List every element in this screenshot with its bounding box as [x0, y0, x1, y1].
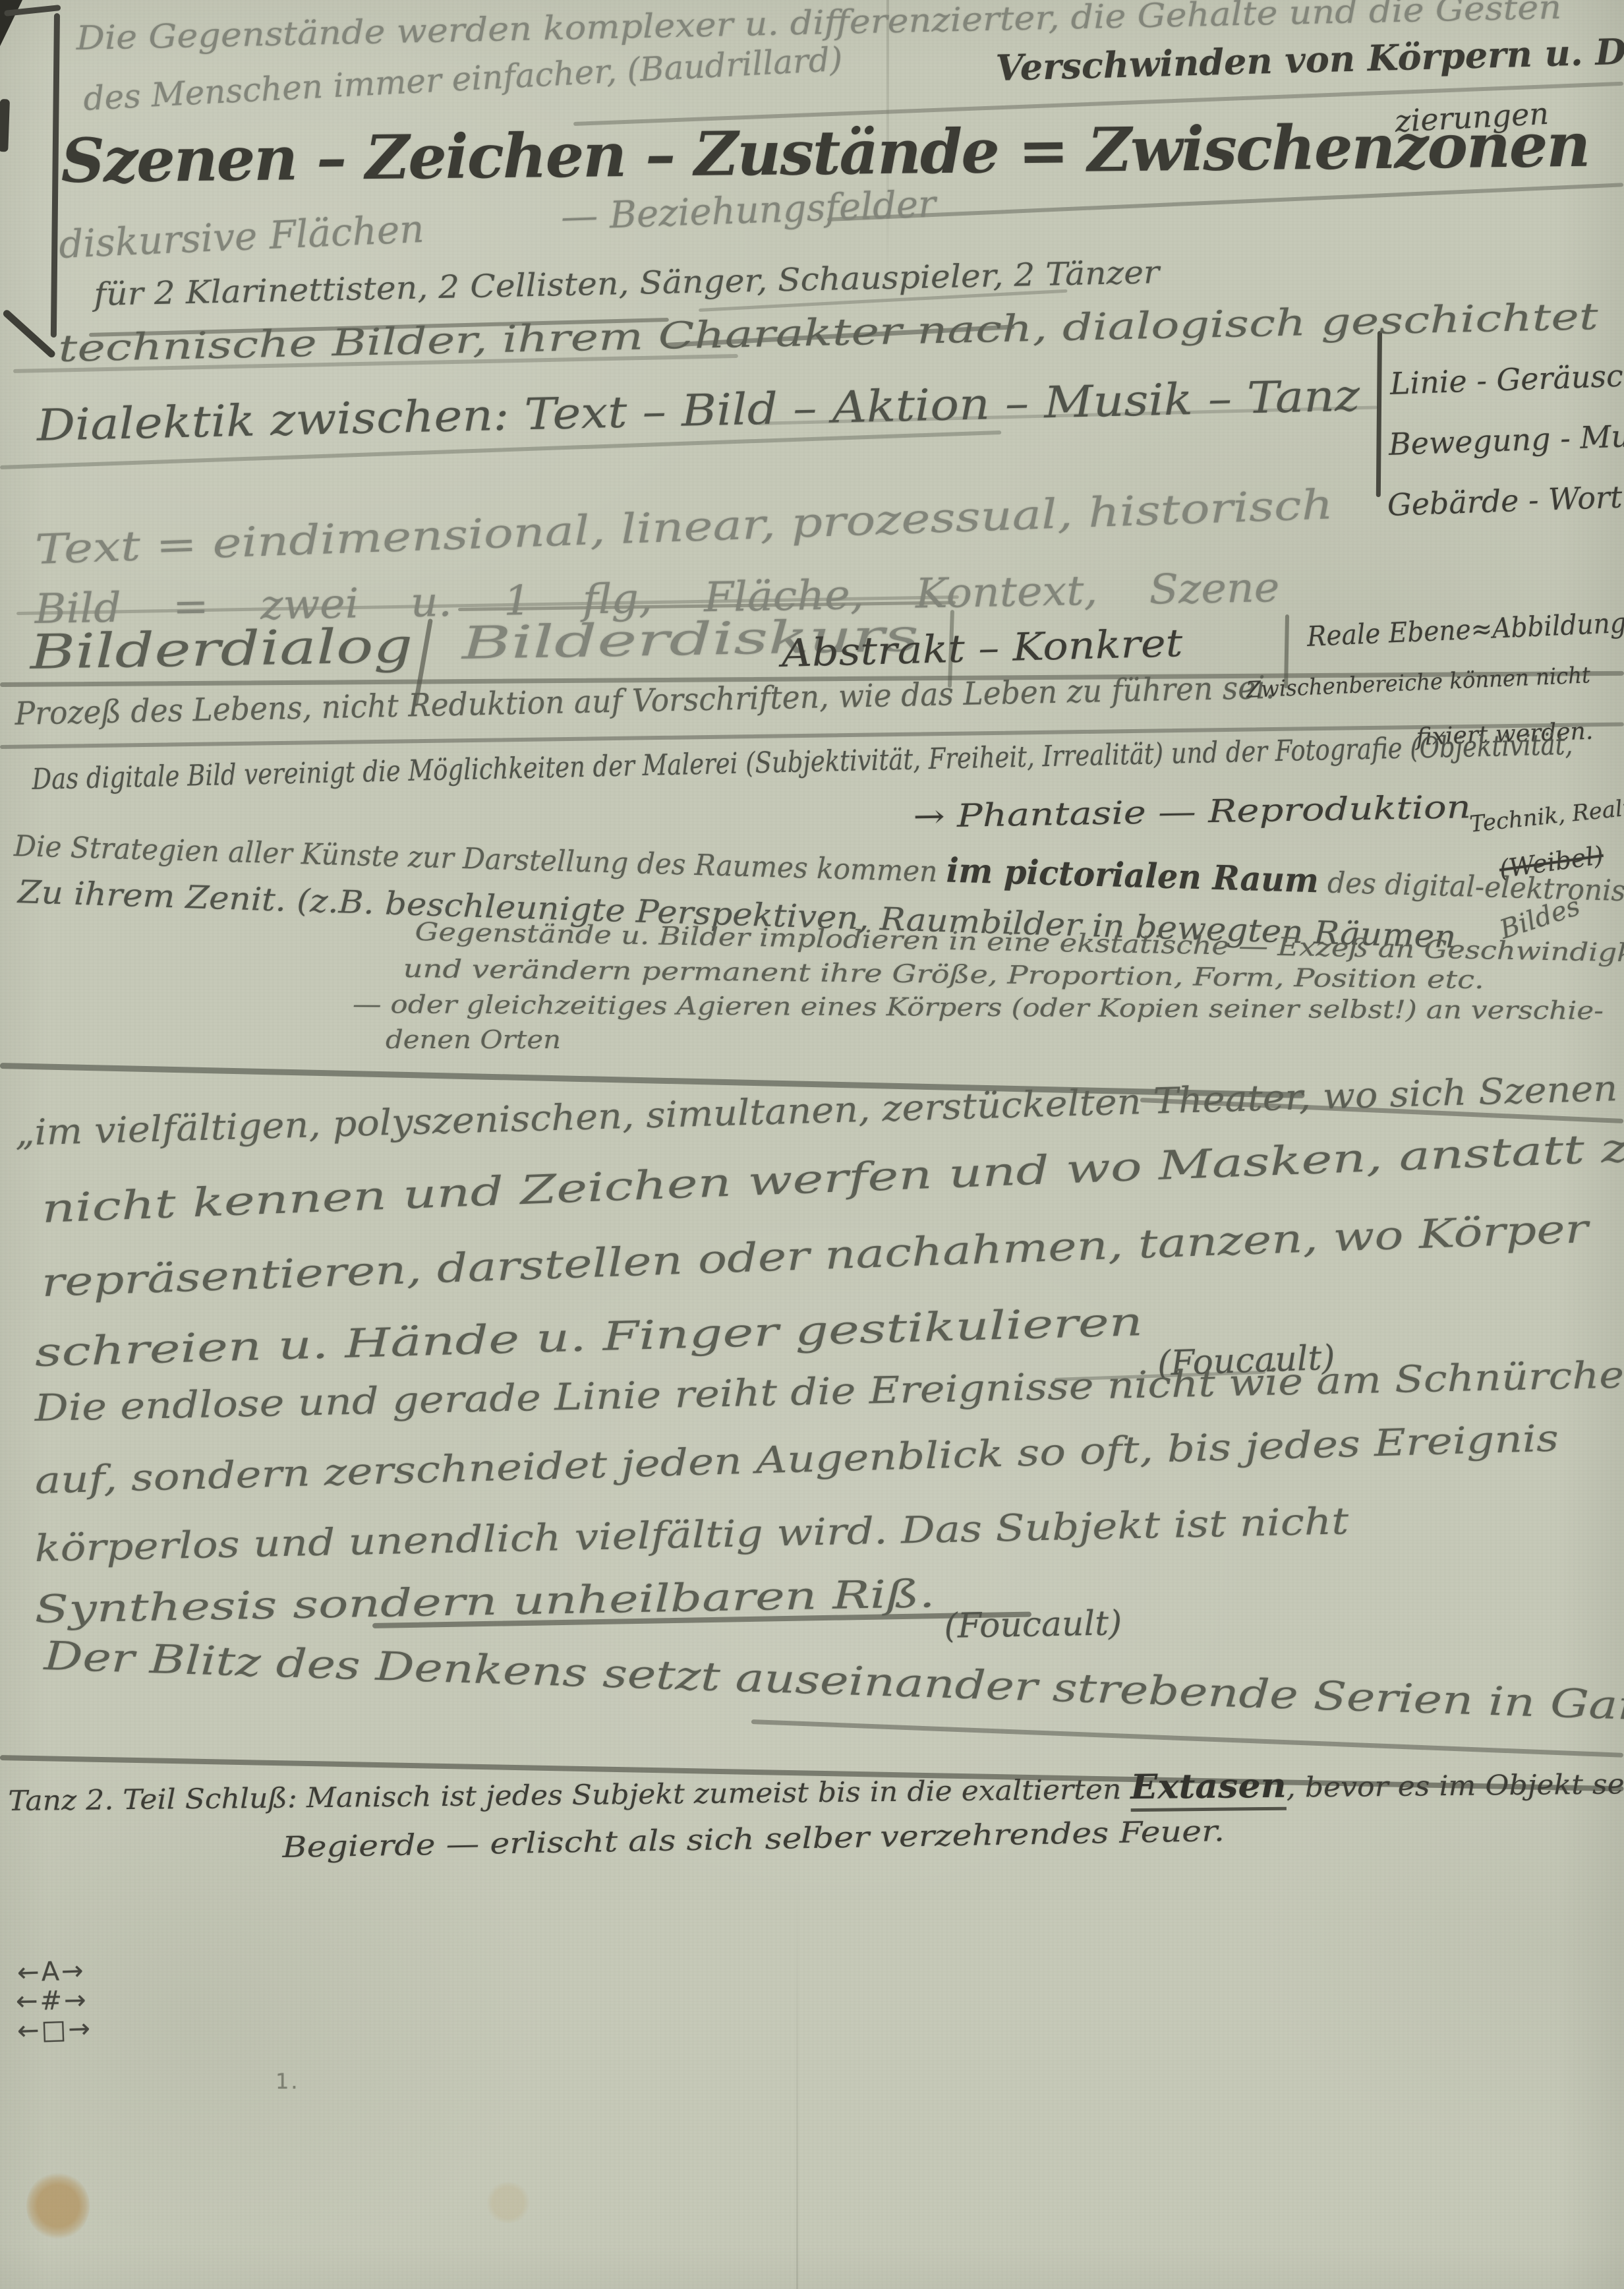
paper-crease-bottom	[796, 1872, 798, 2289]
lightning-line: Der Blitz des Denkens setzt auseinander …	[43, 1634, 1624, 1731]
pair-gebaerde-wort: Gebärde - Wort	[1387, 480, 1623, 523]
column-divider	[1376, 331, 1382, 497]
pair-linie-geraeusch: Linie - Geräusch	[1389, 358, 1624, 401]
dance-line-1-post: , bevor es im Objekt seiner	[1286, 1767, 1624, 1803]
arrow-symbol-2: ←#→	[16, 1985, 88, 2017]
process-note-1: Zwischenbereiche können nicht	[1246, 663, 1591, 703]
line-quote-line-2: auf, sondern zerschneidet jeden Augenbli…	[34, 1417, 1559, 1502]
line-quote-line-3: körperlos und unendlich vielfältig wird.…	[34, 1501, 1349, 1570]
coffee-stain	[26, 2172, 90, 2240]
phantasie-reproduktion-line: → Phantasie — Reproduktion	[913, 789, 1471, 835]
theater-quote-line-4: schreien u. Hände u. Finger gestikuliere…	[34, 1299, 1144, 1376]
dance-line-1-pre: Tanz 2. Teil Schluß: Manisch ist jedes S…	[8, 1773, 1131, 1817]
corner-mark-vertical	[51, 13, 60, 338]
edge-mark	[0, 99, 10, 152]
ensemble-line: für 2 Klarinettisten, 2 Cellisten, Sänge…	[94, 254, 1160, 313]
term-abstrakt-konkret: Abstrakt – Konkret	[781, 621, 1183, 676]
page-title: Szenen – Zeichen – Zustände = Zwischenzo…	[61, 111, 1590, 196]
line-quote-attribution: (Foucault)	[944, 1604, 1122, 1646]
arrow-symbol-3: ←□→	[16, 2013, 92, 2046]
digital-line-1: Das digitale Bild vereinigt die Möglichk…	[32, 728, 1573, 797]
corner-nick	[0, 0, 22, 46]
arrow-symbol-1: ←A→	[16, 1955, 86, 1988]
line-quote-line-4: Synthesis sondern unheilbaren Riß.	[34, 1572, 935, 1632]
faint-stain	[484, 2182, 532, 2223]
pair-bewegung-musik: Bewegung - Musik	[1388, 417, 1624, 462]
page-mark: 1.	[275, 2069, 300, 2094]
corner-mark-foot	[2, 309, 57, 359]
digital-line-2-emphasis: im pictorialen Raum	[946, 851, 1319, 901]
subtitle-discursive: diskursive Flächen	[58, 207, 425, 267]
digital-indent-3: — oder gleichzeitiges Agieren eines Körp…	[353, 990, 1604, 1026]
pencil-line	[827, 183, 1623, 222]
digital-indent-4: denen Orten	[386, 1026, 561, 1055]
dance-conclusion-line-1: Tanz 2. Teil Schluß: Manisch ist jedes S…	[8, 1762, 1624, 1819]
manuscript-page: Die Gegenstände werden komplexer u. diff…	[0, 0, 1624, 2289]
text-definition-line: Text = eindimensional, linear, prozessua…	[34, 481, 1334, 573]
dance-line-1-emphasis: Extasen	[1130, 1766, 1287, 1812]
pencil-line	[751, 1719, 1623, 1758]
dance-conclusion-line-2: Begierde — erlischt als sich selber verz…	[282, 1815, 1225, 1865]
term-reale-ebene: Reale Ebene≈Abbildung /	[1306, 607, 1624, 653]
term-bilderdialog: Bilderdialog	[30, 618, 413, 680]
subtitle-relation-fields: — Beziehungsfelder	[560, 183, 937, 239]
digital-line-1-tail: Technik, Realität)	[1468, 791, 1624, 838]
dialectic-line: Dialektik zwischen: Text – Bild – Aktion…	[36, 371, 1360, 450]
